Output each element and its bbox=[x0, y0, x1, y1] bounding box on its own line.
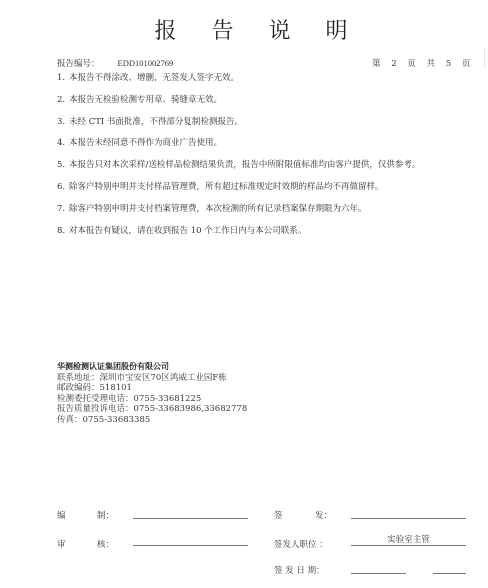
report-title: 报 告 说 明 bbox=[0, 14, 488, 45]
issuer-position-label: 签发人职位 ： bbox=[274, 538, 328, 550]
page-info: 第 2 页 共 5 页 bbox=[372, 57, 470, 69]
issue-date-line-left bbox=[351, 573, 406, 574]
issued-label-a: 签 bbox=[274, 509, 283, 521]
compiled-label-b: 制： bbox=[97, 509, 114, 521]
company-address: 联系地址：深圳市宝安区70区鸿威工业园F栋 bbox=[57, 373, 247, 384]
compiled-signature-line bbox=[133, 518, 248, 519]
note-item: 7.除客户特别申明并支付档案管理费，本次检测的所有记录档案保存期限为六年。 bbox=[57, 204, 477, 226]
company-name: 华测检测认证集团股份有限公司 bbox=[57, 362, 247, 373]
note-item: 4.本报告未经同意不得作为商业广告使用。 bbox=[57, 138, 477, 160]
reviewed-label-b: 核： bbox=[97, 538, 114, 550]
issued-signature-line bbox=[351, 518, 466, 519]
company-fax: 传真：0755-33683385 bbox=[57, 415, 247, 426]
note-item: 3.未经 CTI 书面批准，不得部分复制检测报告。 bbox=[57, 117, 477, 139]
company-info: 华测检测认证集团股份有限公司 联系地址：深圳市宝安区70区鸿威工业园F栋 邮政编… bbox=[57, 362, 247, 425]
reviewed-label-a: 审 bbox=[57, 538, 66, 550]
note-item: 8.对本报告有疑议，请在收到报告 10 个工作日内与本公司联系。 bbox=[57, 226, 477, 248]
issuer-position-line bbox=[351, 545, 466, 546]
report-number-label: 报告编号： bbox=[57, 59, 100, 69]
report-number: 报告编号：EDD101002769 bbox=[57, 57, 173, 69]
note-item: 6.除客户特别申明并支付样品管理费，所有超过标准规定时效期的样品均不再做留样。 bbox=[57, 182, 477, 204]
note-item: 5.本报告只对本次采样/送检样品检测结果负责，报告中所附限值标准均由客户提供，仅… bbox=[57, 160, 477, 182]
compiled-label-a: 编 bbox=[57, 509, 66, 521]
issuer-position-value: 实验室主管 bbox=[351, 533, 466, 545]
company-postcode: 邮政编码：518101 bbox=[57, 383, 247, 394]
page-edge-divider bbox=[484, 48, 485, 68]
issue-date-line-right bbox=[433, 573, 466, 574]
reviewed-signature-line bbox=[133, 545, 248, 546]
issued-label-b: 发： bbox=[315, 509, 332, 521]
notes-list: 1.本报告不得涂改、增删，无签发人签字无效。 2.本报告无检验检测专用章、骑缝章… bbox=[57, 73, 477, 247]
note-item: 1.本报告不得涂改、增删，无签发人签字无效。 bbox=[57, 73, 477, 95]
report-number-value: EDD101002769 bbox=[118, 58, 174, 68]
company-service-phone: 检测委托受理电话：0755-33681225 bbox=[57, 394, 247, 405]
company-complaint-phone: 报告质量投诉电话：0755-33683986,33682778 bbox=[57, 404, 247, 415]
note-item: 2.本报告无检验检测专用章、骑缝章无效。 bbox=[57, 95, 477, 117]
issue-date-label: 签 发 日 期： bbox=[274, 564, 325, 576]
